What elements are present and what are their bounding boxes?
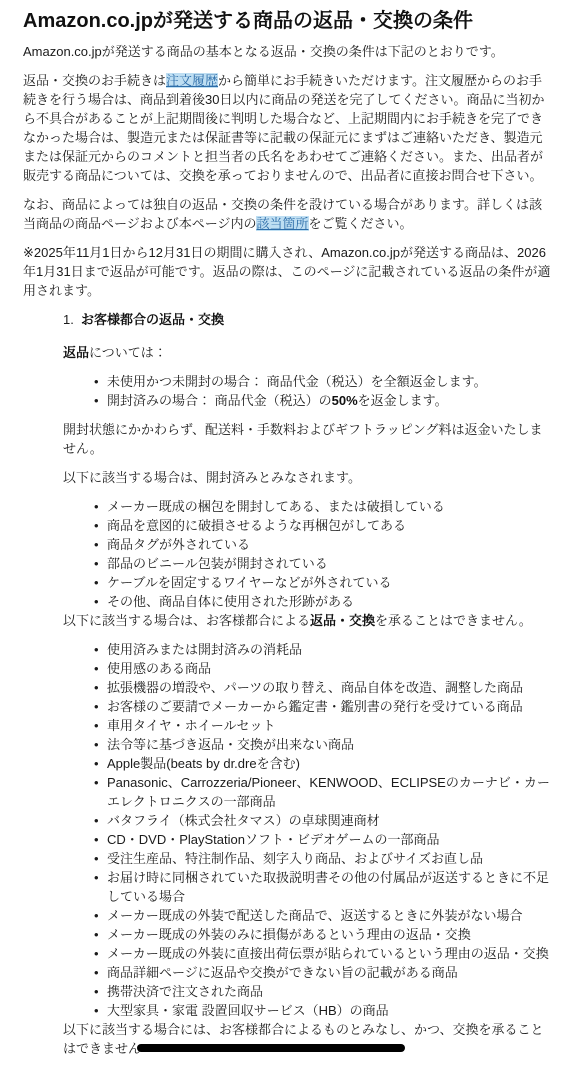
page-title: Amazon.co.jpが発送する商品の返品・交換の条件 [23, 8, 554, 34]
fees-note: 開封状態にかかわらず、配送料・手数料およびギフトラッピング料は返金いたしません。 [63, 420, 554, 458]
relevant-section-link[interactable]: 該当箇所 [256, 216, 308, 231]
note-paragraph: なお、商品によっては独自の返品・交換の条件を設けている場合があります。詳しくは該… [23, 195, 554, 233]
opened-refund-percent: 50% [332, 393, 358, 408]
list-item: お届け時に同梱されていた取扱説明書その他の付属品が返送するときに不足している場合 [107, 868, 554, 906]
no-return-intro-post: を承ることはできません。 [375, 613, 532, 628]
procedure-text-pre: 返品・交換のお手続きは [23, 73, 166, 88]
list-item: CD・DVD・PlayStationソフト・ビデオゲームの一部商品 [107, 830, 554, 849]
list-item: 部品のビニール包装が開封されている [107, 554, 554, 573]
opened-conditions-list: メーカー既成の梱包を開封してある、または破損している商品を意図的に破損させるよう… [63, 497, 554, 611]
list-item: 商品詳細ページに返品や交換ができない旨の記載がある商品 [107, 963, 554, 982]
procedure-text-post: から簡単にお手続きいただけます。注文履歴からのお手続きを行う場合は、商品到着後3… [23, 73, 544, 183]
procedure-paragraph: 返品・交換のお手続きは注文履歴から簡単にお手続きいただけます。注文履歴からのお手… [23, 71, 554, 185]
no-exchange-intro: 以下に該当する場合には、お客様都合によるものとみなし、かつ、交換を承ることはでき… [63, 1020, 554, 1058]
list-item: その他、商品自体に使用された形跡がある [107, 592, 554, 611]
list-item: 使用済みまたは開封済みの消耗品 [107, 640, 554, 659]
order-history-link[interactable]: 注文履歴 [166, 73, 218, 88]
list-item: メーカー既成の外装で配送した商品で、返送するときに外装がない場合 [107, 906, 554, 925]
no-return-intro-pre: 以下に該当する場合は、お客様都合による [63, 613, 310, 628]
list-item: メーカー既成の外装に直接出荷伝票が貼られているという理由の返品・交換 [107, 944, 554, 963]
intro-paragraph: Amazon.co.jpが発送する商品の基本となる返品・交換の条件は下記のとおり… [23, 42, 554, 61]
list-item: 商品を意図的に破損させるような再梱包がしてある [107, 516, 554, 535]
list-item: 車用タイヤ・ホイールセット [107, 716, 554, 735]
returns-label-bold: 返品 [63, 345, 89, 360]
list-item: 商品タグが外されている [107, 535, 554, 554]
list-item: 受注生産品、特注制作品、刻字入り商品、およびサイズお直し品 [107, 849, 554, 868]
list-item: Apple製品(beats by dr.dreを含む) [107, 754, 554, 773]
list-item: ケーブルを固定するワイヤーなどが外されている [107, 573, 554, 592]
list-item: バタフライ（株式会社タマス）の卓球関連商材 [107, 811, 554, 830]
returns-label: 返品については： [63, 343, 554, 362]
section-heading: お客様都合の返品・交換 [81, 312, 224, 327]
return-policy-page: Amazon.co.jpが発送する商品の返品・交換の条件 Amazon.co.j… [0, 0, 576, 1084]
list-item: 未使用かつ未開封の場合： 商品代金（税込）を全額返金します。 [107, 372, 554, 391]
list-item: メーカー既成の梱包を開封してある、または破損している [107, 497, 554, 516]
list-item: 携帯決済で注文された商品 [107, 982, 554, 1001]
section-number: 1. [63, 310, 81, 329]
list-item: Panasonic、Carrozzeria/Pioneer、KENWOOD、EC… [107, 773, 554, 811]
returns-label-rest: については： [89, 345, 167, 360]
section-customer-returns: 1.お客様都合の返品・交換 返品については： 未使用かつ未開封の場合： 商品代金… [63, 310, 554, 1058]
campaign-note: ※2025年11月1日から12月31日の期間に購入され、Amazon.co.jp… [23, 243, 554, 300]
no-return-intro: 以下に該当する場合は、お客様都合による返品・交換を承ることはできません。 [63, 611, 554, 630]
redaction-bar [137, 1044, 405, 1052]
refund-list: 未使用かつ未開封の場合： 商品代金（税込）を全額返金します。 開封済みの場合： … [63, 372, 554, 410]
opened-refund-post: を返金します。 [358, 393, 448, 408]
list-item: 使用感のある商品 [107, 659, 554, 678]
list-item: 法令等に基づき返品・交換が出来ない商品 [107, 735, 554, 754]
no-return-intro-bold: 返品・交換 [310, 613, 375, 628]
list-item: お客様のご要請でメーカーから鑑定書・鑑別書の発行を受けている商品 [107, 697, 554, 716]
opened-intro: 以下に該当する場合は、開封済みとみなされます。 [63, 468, 554, 487]
list-item: 開封済みの場合： 商品代金（税込）の50%を返金します。 [107, 391, 554, 410]
list-item: 拡張機器の増設や、パーツの取り替え、商品自体を改造、調整した商品 [107, 678, 554, 697]
list-item: 大型家具・家電 設置回収サービス（HB）の商品 [107, 1001, 554, 1020]
opened-refund-pre: 開封済みの場合： 商品代金（税込）の [107, 393, 332, 408]
list-item: メーカー既成の外装のみに損傷があるという理由の返品・交換 [107, 925, 554, 944]
no-return-list: 使用済みまたは開封済みの消耗品使用感のある商品拡張機器の増設や、パーツの取り替え… [63, 640, 554, 1020]
note-text-post: をご覧ください。 [309, 216, 413, 231]
section-heading-row: 1.お客様都合の返品・交換 [63, 310, 554, 329]
